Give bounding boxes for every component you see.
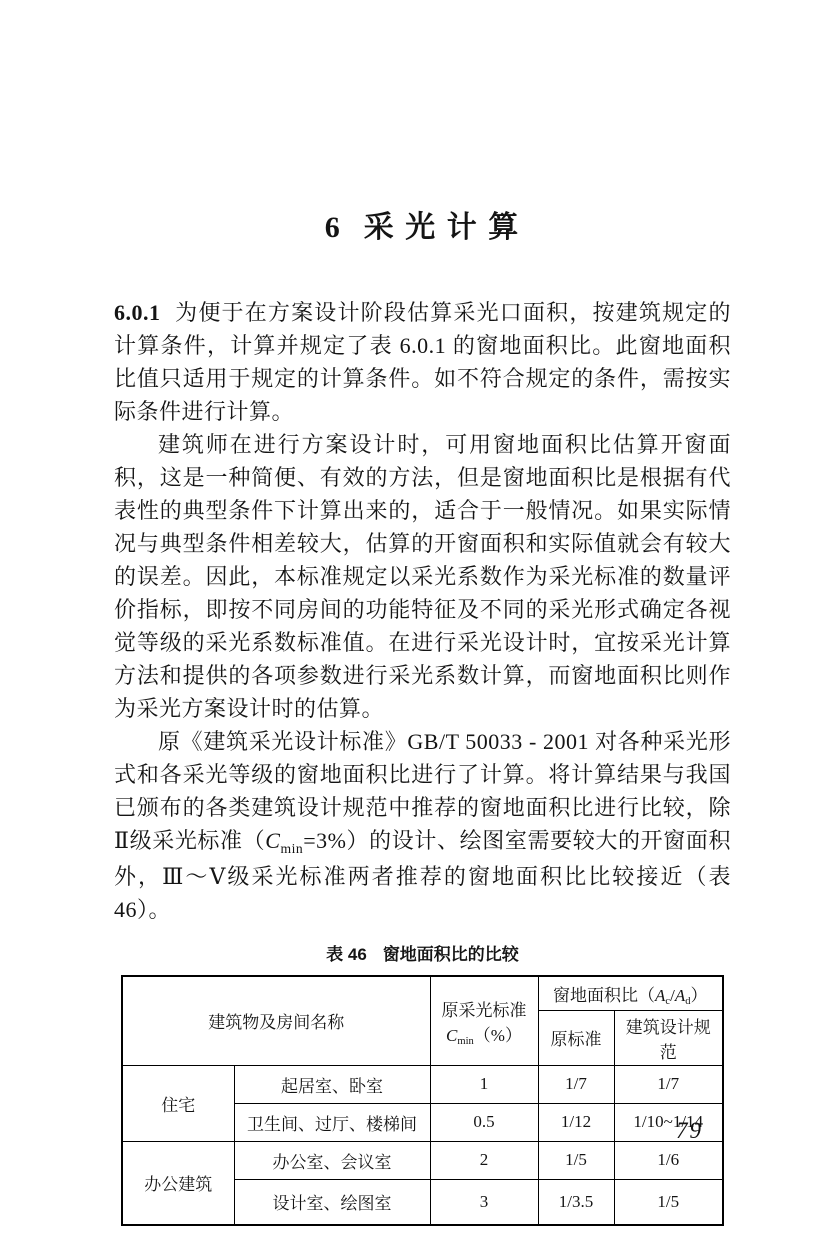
cmin-value: 1: [430, 1065, 538, 1103]
window-floor-ratio-table: 建筑物及房间名称 原采光标准 Cmin（%） 窗地面积比（Ac/Ad） 原标准 …: [121, 975, 724, 1226]
header-cmin: 原采光标准 Cmin（%）: [430, 976, 538, 1065]
table-caption-title: 窗地面积比的比较: [383, 945, 519, 964]
ad-variable: A: [675, 986, 685, 1005]
design-code-value: 1/6: [614, 1141, 723, 1179]
category-office: 办公建筑: [122, 1141, 234, 1225]
cmin-variable: C: [265, 828, 280, 853]
cmin-unit: （%）: [474, 1026, 522, 1045]
paragraph-6-0-1: 6.0.1为便于在方案设计阶段估算采光口面积，按建筑规定的计算条件，计算并规定了…: [114, 296, 731, 428]
header-ratio: 窗地面积比（Ac/Ad）: [538, 976, 723, 1010]
old-standard-value: 1/3.5: [538, 1179, 614, 1225]
paragraph-2: 建筑师在进行方案设计时，可用窗地面积比估算开窗面积，这是一种简便、有效的方法，但…: [114, 428, 731, 725]
old-standard-value: 1/7: [538, 1065, 614, 1103]
section-number: 6.0.1: [114, 300, 161, 325]
design-code-value: 1/10~1/14: [614, 1103, 723, 1141]
room-name: 办公室、会议室: [234, 1141, 430, 1179]
room-name: 卫生间、过厅、楼梯间: [234, 1103, 430, 1141]
room-name: 起居室、卧室: [234, 1065, 430, 1103]
page-number: 79: [676, 1118, 703, 1144]
cmin-value: 3: [430, 1179, 538, 1225]
old-standard-value: 1/12: [538, 1103, 614, 1141]
header-design-code: 建筑设计规范: [614, 1010, 723, 1065]
header-cmin-line1: 原采光标准: [442, 1001, 527, 1020]
document-page: 6采 光 计 算 6.0.1为便于在方案设计阶段估算采光口面积，按建筑规定的计算…: [0, 0, 827, 1241]
design-code-value: 1/7: [614, 1065, 723, 1103]
chapter-title-text: 采 光 计 算: [364, 211, 521, 244]
table-caption-label: 表 46: [326, 945, 367, 964]
paragraph-3: 原《建筑采光设计标准》GB/T 50033 - 2001 对各种采光形式和各采光…: [114, 725, 731, 926]
chapter-title: 6采 光 计 算: [114, 202, 731, 246]
table-row: 办公建筑 办公室、会议室 2 1/5 1/6: [122, 1141, 723, 1179]
design-code-value: 1/5: [614, 1179, 723, 1225]
header-building-room: 建筑物及房间名称: [122, 976, 430, 1065]
page-content: 6采 光 计 算 6.0.1为便于在方案设计阶段估算采光口面积，按建筑规定的计算…: [114, 202, 731, 1226]
category-residential: 住宅: [122, 1065, 234, 1141]
ratio-suffix: ）: [690, 986, 707, 1005]
paragraph-6-0-1-text: 为便于在方案设计阶段估算采光口面积，按建筑规定的计算条件，计算并规定了表 6.0…: [114, 300, 731, 424]
table-caption: 表 46窗地面积比的比较: [114, 940, 731, 965]
cmin-value: 2: [430, 1141, 538, 1179]
body-text: 6.0.1为便于在方案设计阶段估算采光口面积，按建筑规定的计算条件，计算并规定了…: [114, 296, 731, 926]
chapter-number: 6: [325, 211, 342, 244]
header-old-standard: 原标准: [538, 1010, 614, 1065]
ac-subscript: c: [665, 996, 670, 1007]
cmin-subscript: min: [457, 1036, 473, 1047]
table-row: 住宅 起居室、卧室 1 1/7 1/7: [122, 1065, 723, 1103]
room-name: 设计室、绘图室: [234, 1179, 430, 1225]
ac-variable: A: [655, 986, 665, 1005]
cmin-subscript: min: [280, 841, 303, 856]
cmin-variable: C: [446, 1026, 457, 1045]
old-standard-value: 1/5: [538, 1141, 614, 1179]
ad-subscript: d: [685, 996, 690, 1007]
header-ratio-prefix: 窗地面积比（: [553, 986, 655, 1005]
cmin-value: 0.5: [430, 1103, 538, 1141]
